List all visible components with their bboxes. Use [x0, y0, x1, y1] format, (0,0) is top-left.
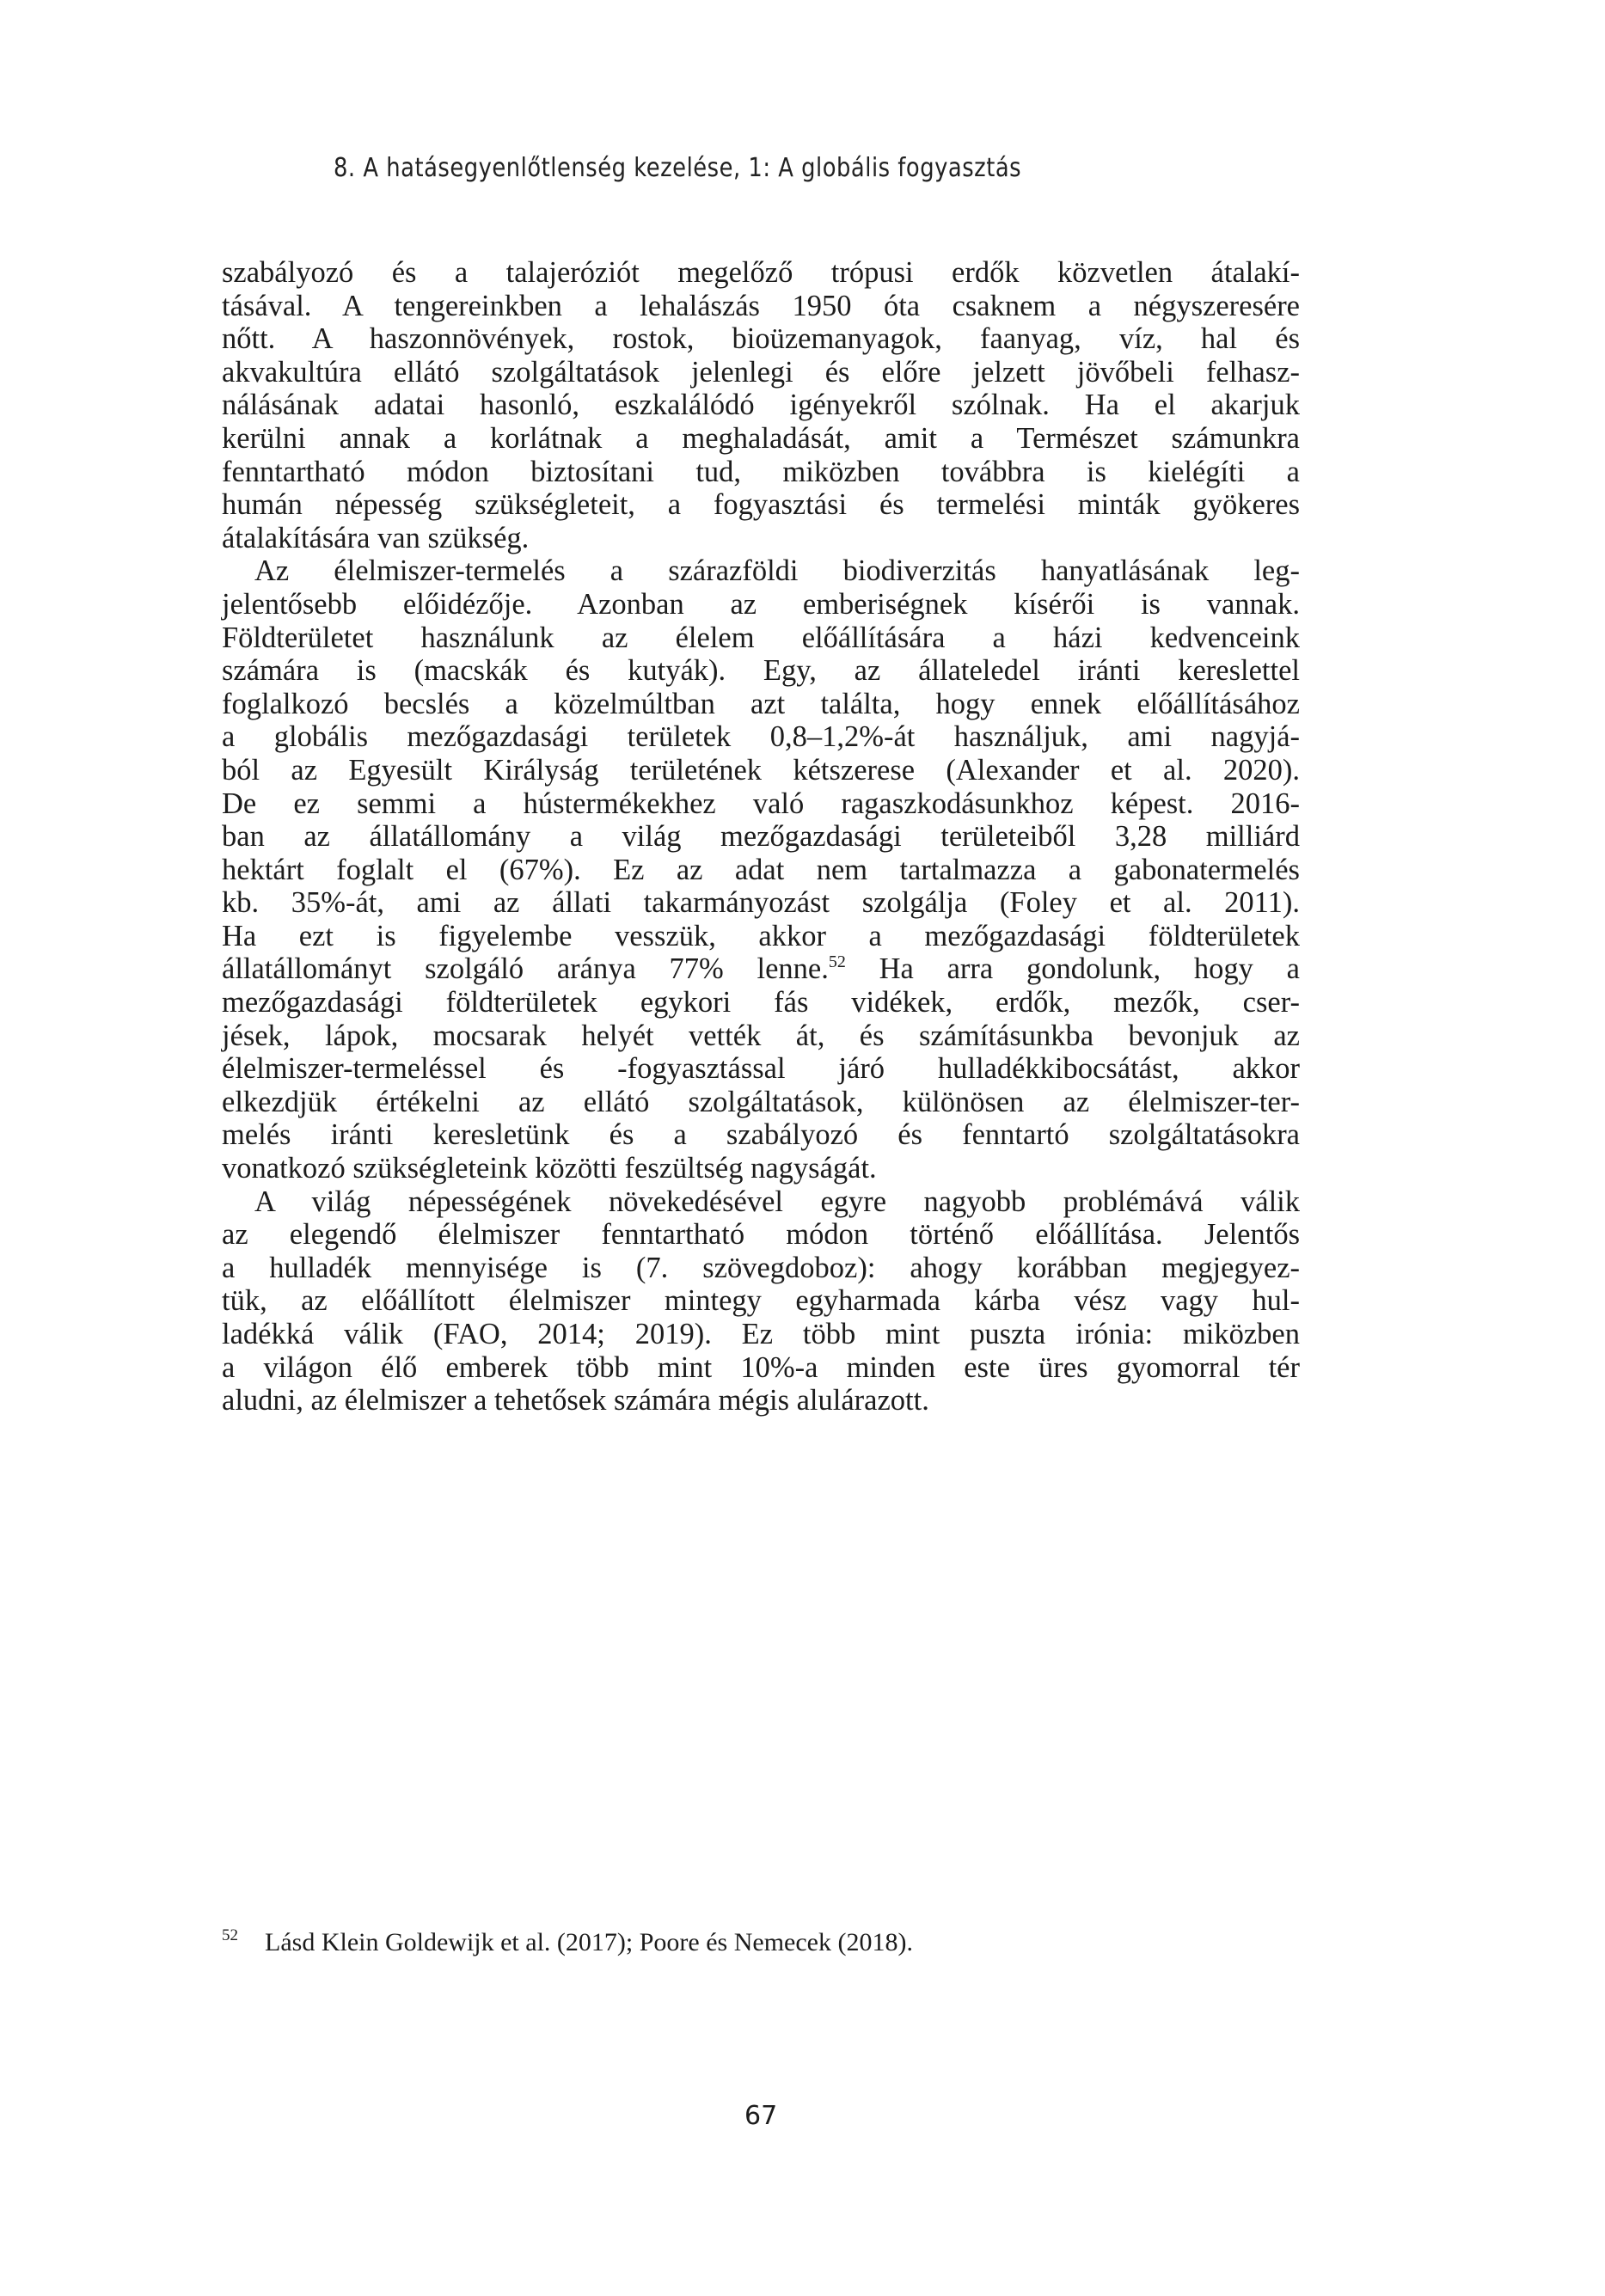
text-line: A világ népességének növekedésével egyre… — [222, 1185, 1300, 1219]
text-line: az elegendő élelmiszer fenntartható módo… — [222, 1218, 1300, 1252]
page-number: 67 — [744, 2101, 777, 2131]
text-line: tásával. A tengereinkben a lehalászás 19… — [222, 290, 1300, 323]
footnote-text: Lásd Klein Goldewijk et al. (2017); Poor… — [265, 1928, 913, 1956]
body-text: szabályozó és a talajeróziót megelőző tr… — [222, 256, 1300, 1417]
text-line: foglalkozó becslés a közelmúltban azt ta… — [222, 688, 1300, 721]
text-line: aludni, az élelmiszer a tehetősek számár… — [222, 1384, 1300, 1417]
text-line: tük, az előállított élelmiszer mintegy e… — [222, 1284, 1300, 1318]
text-line: nőtt. A haszonnövények, rostok, bioüzema… — [222, 322, 1300, 356]
text-line: kb. 35%-át, ami az állati takarmányozást… — [222, 886, 1300, 920]
text-line: szabályozó és a talajeróziót megelőző tr… — [222, 256, 1300, 290]
text-line: jések, lápok, mocsarak helyét vették át,… — [222, 1019, 1300, 1053]
text-line: Földterületet használunk az élelem előál… — [222, 621, 1300, 655]
text-line: akvakultúra ellátó szolgáltatások jelenl… — [222, 356, 1300, 389]
text-line: hektárt foglalt el (67%). Ez az adat nem… — [222, 854, 1300, 887]
text-line-with-footnote: állatállományt szolgáló aránya 77% lenne… — [222, 952, 1300, 986]
text-line: fenntartható módon biztosítani tud, mikö… — [222, 456, 1300, 489]
text-line: vonatkozó szükségleteink közötti feszült… — [222, 1152, 1300, 1185]
text-line: mezőgazdasági földterületek egykori fás … — [222, 986, 1300, 1019]
paragraph-3: A világ népességének növekedésével egyre… — [222, 1185, 1300, 1417]
footnote-reference[interactable]: 52 — [829, 952, 846, 971]
text-line: ból az Egyesült Királyság területének ké… — [222, 754, 1300, 787]
running-header: 8. A hatásegyenlőtlenség kezelése, 1: A … — [334, 153, 1021, 183]
paragraph-1: szabályozó és a talajeróziót megelőző tr… — [222, 256, 1300, 554]
text-line: De ez semmi a hústermékekhez való ragasz… — [222, 787, 1300, 821]
text-line: nálásának adatai hasonló, eszkalálódó ig… — [222, 389, 1300, 422]
text-line: humán népesség szükségleteit, a fogyaszt… — [222, 488, 1300, 522]
text-line: ban az állatállomány a világ mezőgazdasá… — [222, 820, 1300, 854]
text-line: elkezdjük értékelni az ellátó szolgáltat… — [222, 1086, 1300, 1119]
text-line: Ha ezt is figyelembe vesszük, akkor a me… — [222, 920, 1300, 953]
text-line: kerülni annak a korlátnak a meghaladását… — [222, 422, 1300, 456]
text-line: ladékká válik (FAO, 2014; 2019). Ez több… — [222, 1318, 1300, 1351]
text-line: számára is (macskák és kutyák). Egy, az … — [222, 654, 1300, 688]
text-line: a hulladék mennyisége is (7. szövegdoboz… — [222, 1252, 1300, 1285]
text-segment: állatállományt szolgáló aránya 77% lenne… — [222, 952, 829, 985]
text-line: jelentősebb előidézője. Azonban az ember… — [222, 588, 1300, 621]
text-line: Az élelmiszer-termelés a szárazföldi bio… — [222, 554, 1300, 588]
footnote: 52Lásd Klein Goldewijk et al. (2017); Po… — [222, 1928, 913, 1957]
text-line: a globális mezőgazdasági területek 0,8–1… — [222, 720, 1300, 754]
text-line: átalakítására van szükség. — [222, 522, 1300, 555]
text-line: a világon élő emberek több mint 10%-a mi… — [222, 1351, 1300, 1385]
text-line: élelmiszer-termeléssel és -fogyasztással… — [222, 1052, 1300, 1086]
text-segment: Ha arra gondolunk, hogy a — [846, 952, 1300, 985]
footnote-number: 52 — [222, 1926, 265, 1945]
paragraph-2: Az élelmiszer-termelés a szárazföldi bio… — [222, 554, 1300, 1185]
text-line: melés iránti keresletünk és a szabályozó… — [222, 1118, 1300, 1152]
